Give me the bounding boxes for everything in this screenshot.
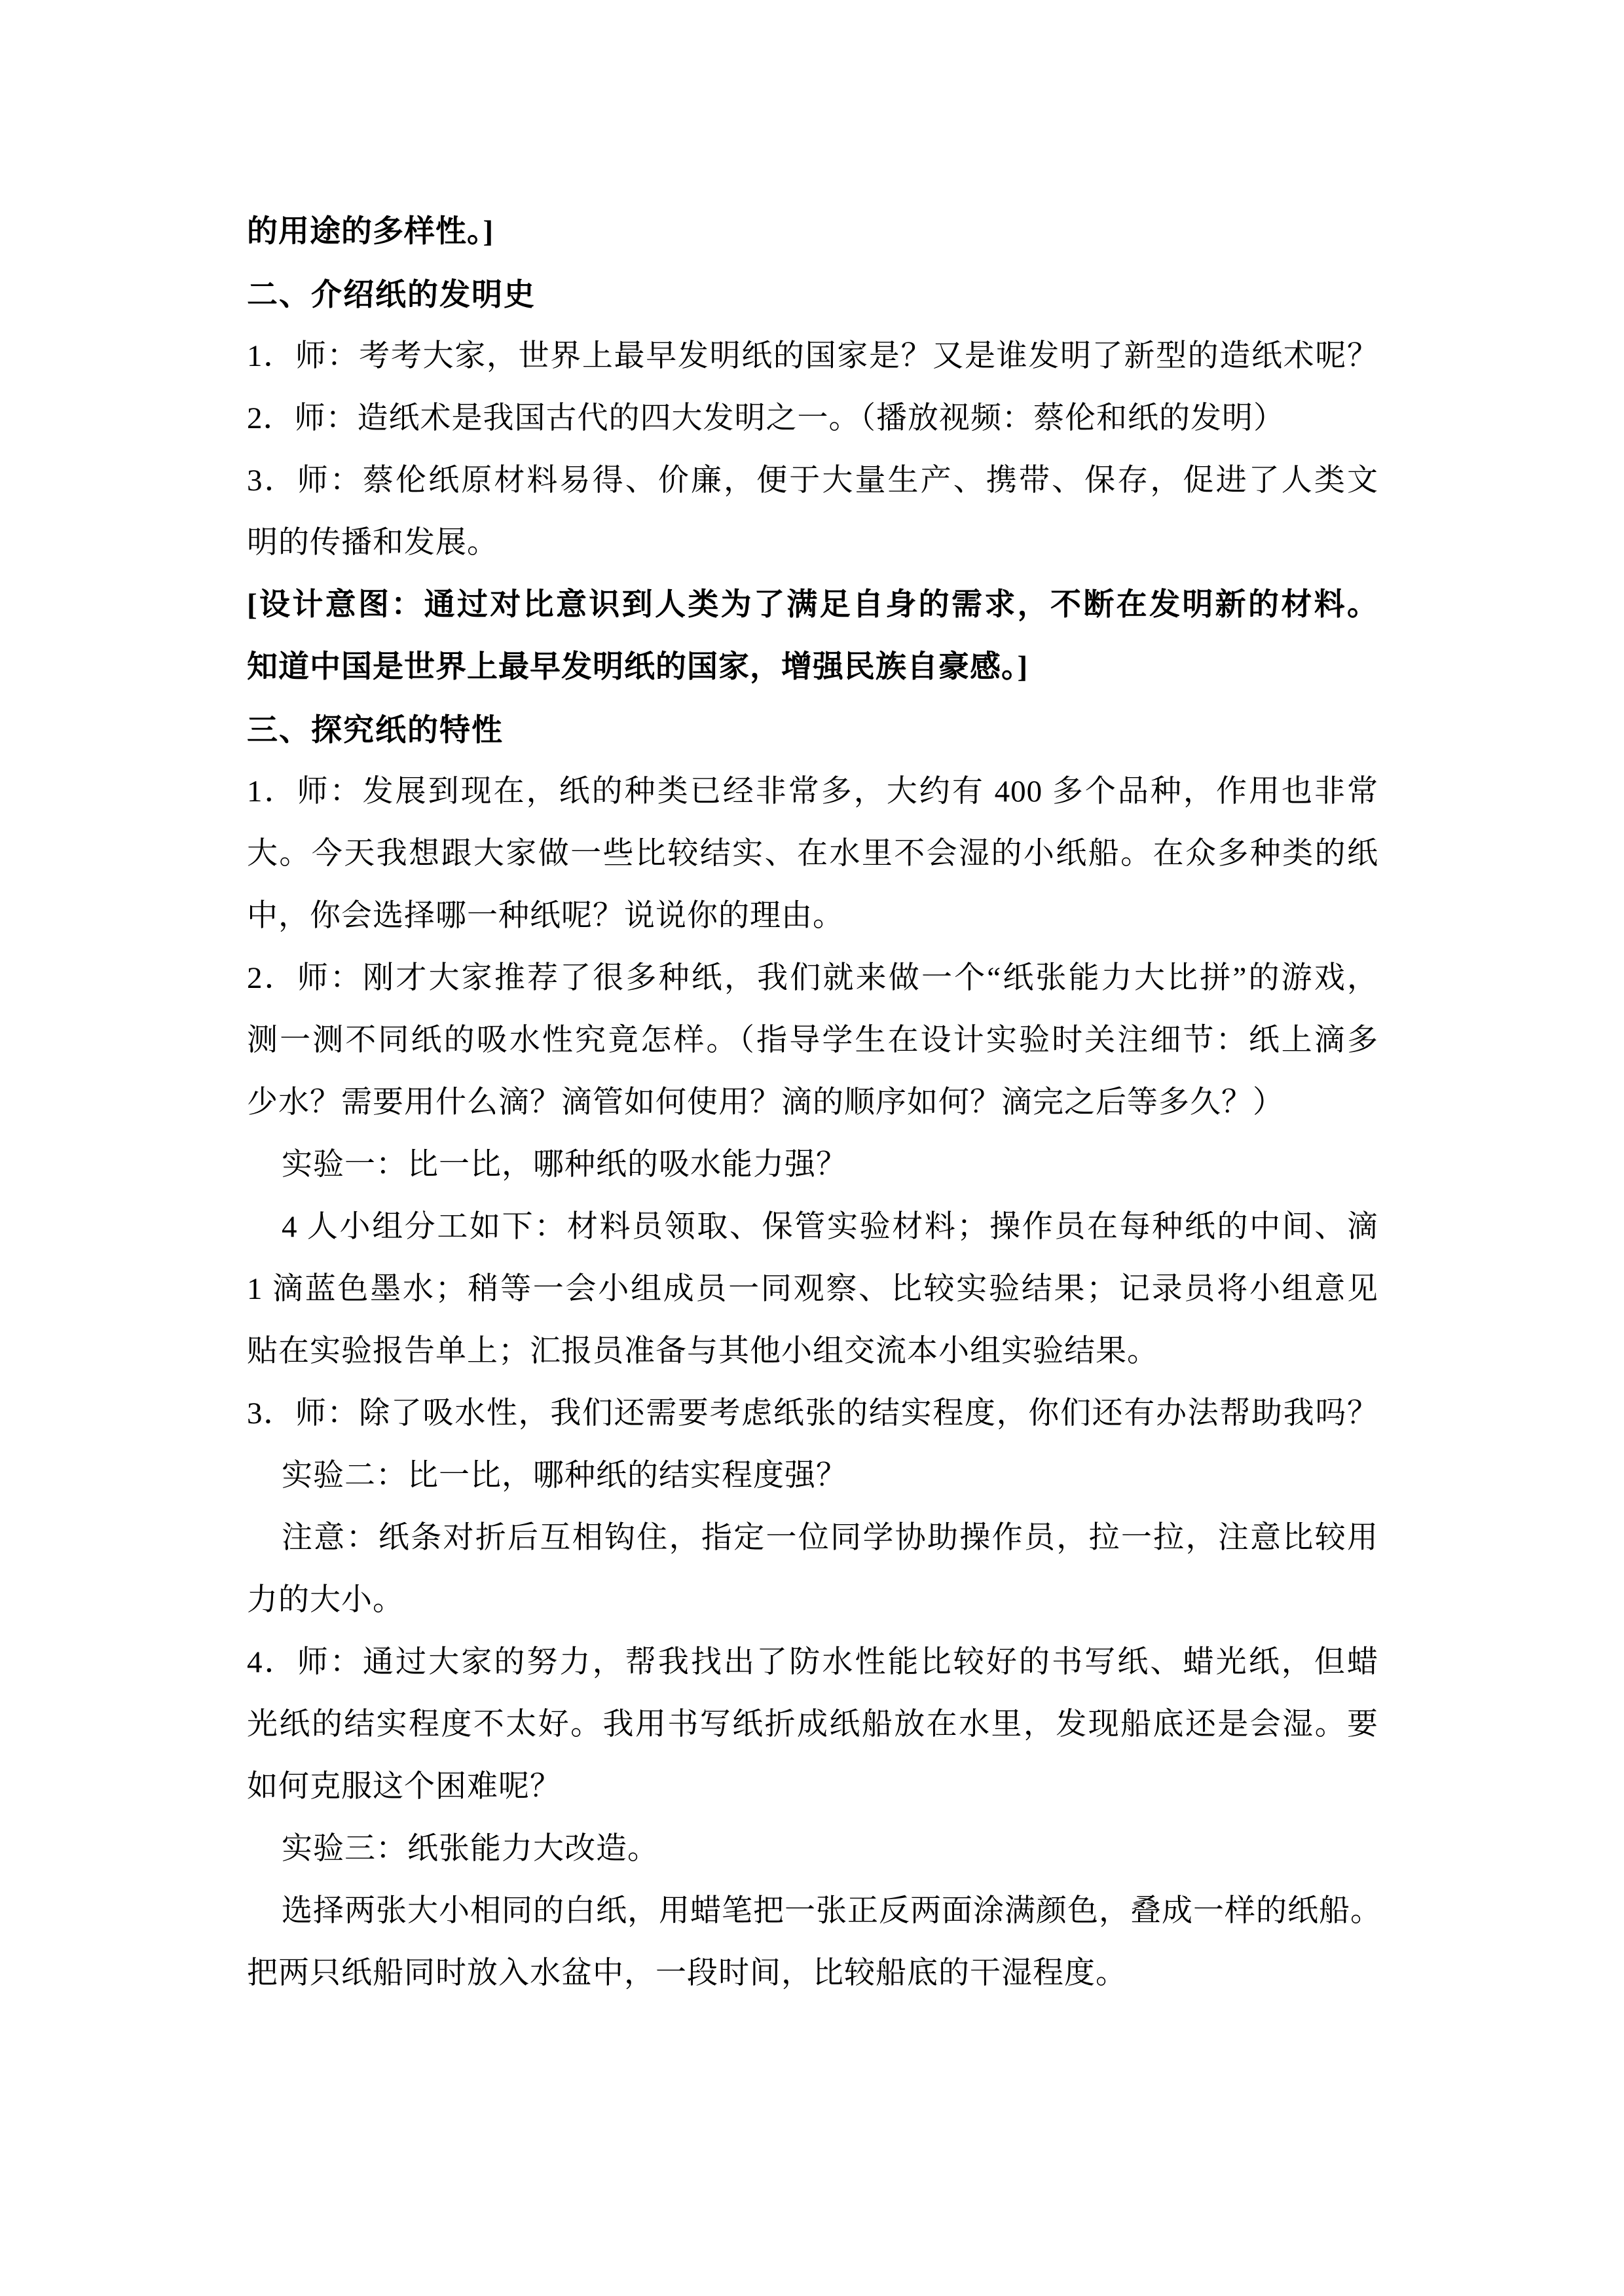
text-line: 1．师：考考大家，世界上最早发明纸的国家是？又是谁发明了新型的造纸术呢？ [247,325,1378,388]
experiment-1-line: 实验一：比一比，哪种纸的吸水能力强？ [247,1134,1378,1196]
text-line: 少水？需要用什么滴？滴管如何使用？滴的顺序如何？滴完之后等多久？） [247,1072,1378,1134]
text-line: 1．师：发展到现在，纸的种类已经非常多，大约有 400 多个品种，作用也非常 [247,761,1378,823]
text-line: 2．师：造纸术是我国古代的四大发明之一。（播放视频：蔡伦和纸的发明） [247,388,1378,450]
experiment-3-line: 实验三：纸张能力大改造。 [247,1818,1378,1880]
text-line: 贴在实验报告单上；汇报员准备与其他小组交流本小组实验结果。 [247,1321,1378,1383]
design-intent-line: [设计意图：通过对比意识到人类为了满足自身的需求，不断在发明新的材料。 [247,574,1378,636]
text-line: 力的大小。 [247,1569,1378,1631]
text-line: 大。今天我想跟大家做一些比较结实、在水里不会湿的小纸船。在众多种类的纸 [247,823,1378,885]
text-line: 选择两张大小相同的白纸，用蜡笔把一张正反两面涂满颜色，叠成一样的纸船。 [247,1880,1378,1942]
text-line: 4 人小组分工如下：材料员领取、保管实验材料；操作员在每种纸的中间、滴 [247,1196,1378,1258]
experiment-2-line: 实验二：比一比，哪种纸的结实程度强？ [247,1445,1378,1507]
text-line: 的用途的多样性。] [247,201,1378,263]
text-line: 4．师：通过大家的努力，帮我找出了防水性能比较好的书写纸、蜡光纸，但蜡 [247,1631,1378,1694]
text-line: 把两只纸船同时放入水盆中，一段时间，比较船底的干湿程度。 [247,1942,1378,2005]
document-page: 的用途的多样性。] 二、介绍纸的发明史 1．师：考考大家，世界上最早发明纸的国家… [0,0,1624,2296]
design-intent-line: 知道中国是世界上最早发明纸的国家，增强民族自豪感。] [247,636,1378,699]
text-line: 2．师：刚才大家推荐了很多种纸，我们就来做一个“纸张能力大比拼”的游戏， [247,947,1378,1010]
text-line: 3．师：蔡伦纸原材料易得、价廉，便于大量生产、携带、保存，促进了人类文 [247,450,1378,512]
text-line: 注意：纸条对折后互相钩住，指定一位同学协助操作员，拉一拉，注意比较用 [247,1507,1378,1569]
text-line: 中，你会选择哪一种纸呢？说说你的理由。 [247,885,1378,947]
text-line: 明的传播和发展。 [247,512,1378,574]
text-line: 3．师：除了吸水性，我们还需要考虑纸张的结实程度，你们还有办法帮助我吗？ [247,1383,1378,1445]
text-line: 1 滴蓝色墨水；稍等一会小组成员一同观察、比较实验结果；记录员将小组意见 [247,1258,1378,1321]
section-heading: 二、介绍纸的发明史 [247,263,1378,325]
text-line: 光纸的结实程度不太好。我用书写纸折成纸船放在水里，发现船底还是会湿。要 [247,1694,1378,1756]
text-line: 如何克服这个困难呢？ [247,1756,1378,1818]
text-line: 测一测不同纸的吸水性究竟怎样。（指导学生在设计实验时关注细节：纸上滴多 [247,1010,1378,1072]
document-text: 的用途的多样性。] 二、介绍纸的发明史 1．师：考考大家，世界上最早发明纸的国家… [247,201,1378,2005]
section-heading: 三、探究纸的特性 [247,699,1378,761]
